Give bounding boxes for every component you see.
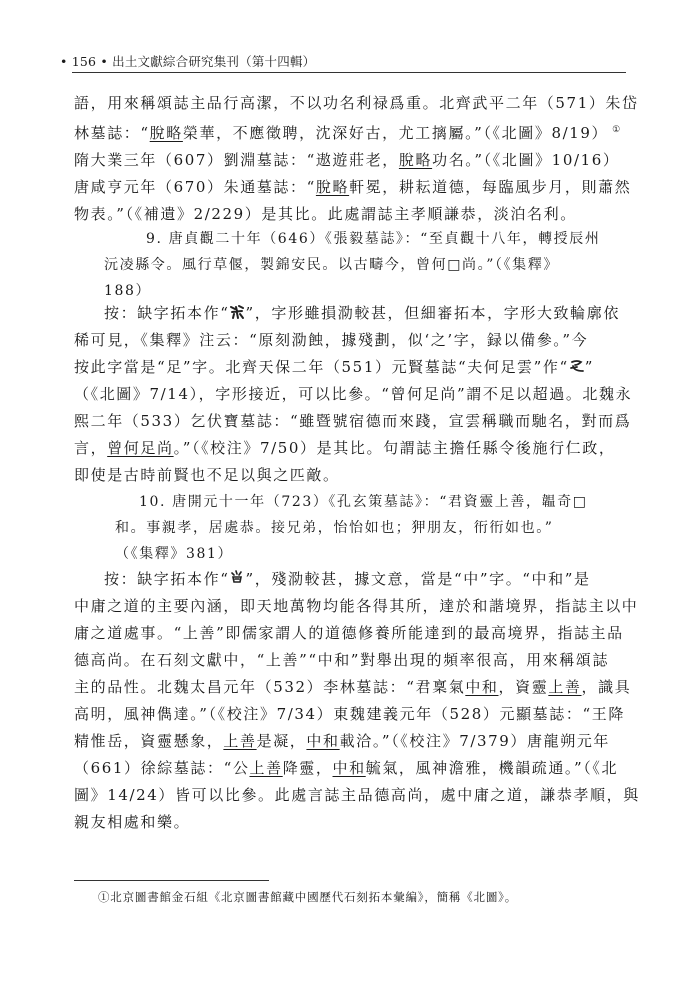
text-run: 高明，風神儁達。”（《校注》7/34）東魏建義元年（528）元顯墓誌：“王降 — [74, 705, 625, 723]
paragraph-1: 語，用來稱頌誌主品行高潔，不以功名利禄爲重。北齊武平二年（571）朱岱林墓誌：“… — [74, 90, 624, 228]
rubbing-glyph-icon-3 — [229, 570, 245, 586]
text-run: 載洽。”（《校注》7/379）唐龍朔元年 — [340, 732, 610, 750]
text-line: 唐咸亨元年（670）朱通墓誌：“脫略軒冕，耕耘道德，每臨風步月，則蕭然 — [74, 174, 624, 201]
underlined-term: 中和 — [333, 759, 366, 777]
text-run: ”，字形雖損泐較甚，但細審拓本，字形大致輪廓依 — [245, 304, 619, 322]
text-run: （661）徐綜墓誌：“公 — [74, 759, 250, 777]
underlined-term: 脫略 — [399, 151, 432, 169]
text-run: 庸之道處事。“上善”即儒家謂人的道德修養所能達到的最高境界，指誌主品 — [74, 624, 624, 642]
underlined-term: 中和 — [465, 678, 498, 696]
text-run: 降靈， — [283, 759, 333, 777]
text-run: 按此字當是“足”字。北齊天保二年（551）元賢墓誌“夫何足雲”作“ — [74, 358, 569, 376]
quote-line: 9. 唐貞觀二十年（646）《張毅墓誌》：“至貞觀十八年，轉授辰州 — [146, 226, 624, 252]
text-line: 按：缺字拓本作“”，殘泐較甚，據文意，當是“中”字。“中和”是 — [74, 566, 624, 593]
text-line: 主的品性。北魏太昌元年（532）李林墓誌：“君稟氣中和，資靈上善，識具 — [74, 674, 624, 701]
text-run: 精惟岳，資靈懸象， — [74, 732, 223, 750]
text-line: 按：缺字拓本作“”，字形雖損泐較甚，但細審拓本，字形大致輪廓依 — [74, 300, 624, 327]
text-run: 即使是古時前賢也不足以與之匹敵。 — [74, 466, 340, 484]
footnote-rule — [74, 880, 269, 881]
text-line: 親友相處和樂。 — [74, 809, 624, 836]
quote-line: 和。事親孝，居處恭。接兄弟，怡怡如也；狎朋友，衎衎如也。” — [115, 515, 635, 541]
text-line: 隋大業三年（607）劉淵墓誌：“遨遊莊老，脫略功名。”（《北圖》10/16） — [74, 147, 624, 174]
text-run: ，資靈 — [499, 678, 549, 696]
underlined-term: 脫略 — [316, 178, 349, 196]
text-run: 榮華，不應徵聘，沈深好古，尤工摛屬。”（《北圖》8/19） — [183, 124, 608, 142]
quote-line: 10. 唐開元十一年（723）《孔玄策墓誌》：“君資靈上善，韞奇□ — [139, 489, 635, 515]
text-run: 主的品性。北魏太昌元年（532）李林墓誌：“君稟氣 — [74, 678, 465, 696]
text-line: 精惟岳，資靈懸象，上善是凝，中和載洽。”（《校注》7/379）唐龍朔元年 — [74, 728, 624, 755]
quote-10: 10. 唐開元十一年（723）《孔玄策墓誌》：“君資靈上善，韞奇□和。事親孝，居… — [115, 489, 635, 567]
underlined-term: 中和 — [306, 732, 339, 750]
text-line: 稀可見，《集釋》注云：“原刻泐蝕，據殘劃，似‘之’字，録以備參。”今 — [74, 327, 624, 354]
text-line: 言，曾何足尚。”（《校注》7/50）是其比。句謂誌主擔任縣令後施行仁政， — [74, 435, 624, 462]
text-line: 即使是古時前賢也不足以與之匹敵。 — [74, 462, 624, 489]
text-run: 中庸之道的主要內涵，即天地萬物均能各得其所，達於和諧境界，指誌主以中 — [74, 597, 638, 615]
quote-line: 沅凌縣令。風行草偃，製錦安民。以古疇今，曾何□尚。”（《集釋》 — [104, 252, 624, 278]
text-run: 語，用來稱頌誌主品行高潔，不以功名利禄爲重。北齊武平二年（571）朱岱 — [74, 94, 639, 112]
text-run: （《北圖》7/14），字形接近，可以比參。“曾何足尚”謂不足以超過。北魏永 — [74, 385, 632, 403]
text-run: 親友相處和樂。 — [74, 813, 190, 831]
text-line: 庸之道處事。“上善”即儒家謂人的道德修養所能達到的最高境界，指誌主品 — [74, 620, 624, 647]
underlined-term: 曾何足尚 — [107, 439, 173, 457]
text-run: 德高尚。在石刻文獻中，“上善”“中和”對舉出現的頻率很高，用來稱頌誌 — [74, 651, 609, 669]
text-run: 熙二年（533）乞伏寶墓誌：“雖暨號宿德而來踐，宣雲稱職而馳名，對而爲 — [74, 412, 631, 430]
text-run: ” — [585, 358, 594, 376]
text-run: 唐咸亨元年（670）朱通墓誌：“ — [74, 178, 316, 196]
text-run: ”，殘泐較甚，據文意，當是“中”字。“中和”是 — [245, 570, 590, 588]
text-line: 按此字當是“足”字。北齊天保二年（551）元賢墓誌“夫何足雲”作“” — [74, 354, 624, 381]
text-line: 中庸之道的主要內涵，即天地萬物均能各得其所，達於和諧境界，指誌主以中 — [74, 593, 624, 620]
header-rule — [72, 72, 626, 73]
text-line: 圖》14/24）皆可以比參。此處言誌主品德高尚，處中庸之道，謙恭孝順，與 — [74, 782, 624, 809]
footnote-marker[interactable]: ① — [612, 125, 622, 135]
text-run: 圖》14/24）皆可以比參。此處言誌主品德高尚，處中庸之道，謙恭孝順，與 — [74, 786, 640, 804]
running-head: • 156 • 出土文獻綜合研究集刊（第十四輯） — [60, 52, 315, 70]
text-run: ，識具 — [582, 678, 632, 696]
footnote: ①北京圖書館金石組《北京圖書館藏中國歷代石刻拓本彙編》，簡稱《北圖》。 — [98, 889, 517, 905]
text-run: 言， — [74, 439, 107, 457]
text-run: 稀可見，《集釋》注云：“原刻泐蝕，據殘劃，似‘之’字，録以備參。”今 — [74, 331, 588, 349]
text-line: 物表。”（《補遺》2/229）是其比。此處謂誌主孝順謙恭，淡泊名利。 — [74, 201, 624, 228]
underlined-term: 上善 — [548, 678, 581, 696]
text-run: 軒冕，耕耘道德，每臨風步月，則蕭然 — [349, 178, 631, 196]
underlined-term: 上善 — [250, 759, 283, 777]
text-line: 熙二年（533）乞伏寶墓誌：“雖暨號宿德而來踐，宣雲稱職而馳名，對而爲 — [74, 408, 624, 435]
text-run: 。”（《校注》7/50）是其比。句謂誌主擔任縣令後施行仁政， — [174, 439, 616, 457]
text-run: 功名。”（《北圖》10/16） — [432, 151, 619, 169]
text-run: 是凝， — [257, 732, 307, 750]
text-run: 物表。”（《補遺》2/229）是其比。此處謂誌主孝順謙恭，淡泊名利。 — [74, 205, 577, 223]
text-line: （《北圖》7/14），字形接近，可以比參。“曾何足尚”謂不足以超過。北魏永 — [74, 381, 624, 408]
underlined-term: 上善 — [223, 732, 256, 750]
text-line: 林墓誌：“脫略榮華，不應徵聘，沈深好古，尤工摛屬。”（《北圖》8/19）① — [74, 117, 624, 147]
rubbing-glyph-icon-1 — [229, 304, 245, 320]
quote-line: （《集釋》381） — [115, 541, 635, 567]
text-line: 德高尚。在石刻文獻中，“上善”“中和”對舉出現的頻率很高，用來稱頌誌 — [74, 647, 624, 674]
rubbing-glyph-icon-2 — [569, 358, 585, 374]
quote-9: 9. 唐貞觀二十年（646）《張毅墓誌》：“至貞觀十八年，轉授辰州沅凌縣令。風行… — [104, 226, 624, 304]
text-run: 按：缺字拓本作“ — [104, 304, 229, 322]
text-run: 毓氣，風神澹雅，機韻疏通。”（《北 — [366, 759, 618, 777]
text-run: 林墓誌：“ — [74, 124, 150, 142]
paragraph-3: 按：缺字拓本作“”，殘泐較甚，據文意，當是“中”字。“中和”是中庸之道的主要內涵… — [74, 566, 624, 836]
underlined-term: 脫略 — [150, 124, 183, 142]
text-line: 語，用來稱頌誌主品行高潔，不以功名利禄爲重。北齊武平二年（571）朱岱 — [74, 90, 624, 117]
paragraph-2: 按：缺字拓本作“”，字形雖損泐較甚，但細審拓本，字形大致輪廓依稀可見，《集釋》注… — [74, 300, 624, 489]
text-line: （661）徐綜墓誌：“公上善降靈，中和毓氣，風神澹雅，機韻疏通。”（《北 — [74, 755, 624, 782]
text-line: 高明，風神儁達。”（《校注》7/34）東魏建義元年（528）元顯墓誌：“王降 — [74, 701, 624, 728]
text-run: 按：缺字拓本作“ — [104, 570, 229, 588]
text-run: 隋大業三年（607）劉淵墓誌：“遨遊莊老， — [74, 151, 399, 169]
